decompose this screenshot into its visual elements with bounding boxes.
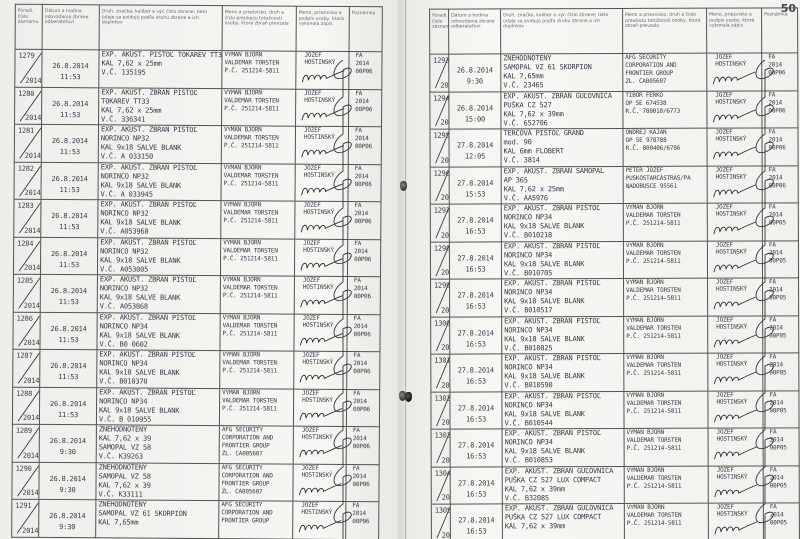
record-number-cell: 12832014 (14, 199, 41, 237)
handover-date-cell: 26.8.20149:30 (449, 54, 501, 92)
recipient-line: FRONTIER GROUP (625, 70, 704, 78)
handover-date-cell: 27.8.201416:53 (450, 391, 502, 429)
note-cell: FA201400P06 (346, 464, 379, 502)
recipient-line: VYMAN BJORN (222, 389, 291, 397)
table-row: 1285201426.8.201411:53EXP. AKUST. ZBRAŇ … (13, 274, 380, 314)
note-line: FA (765, 391, 796, 399)
handover-date-cell: 27.8.201416:53 (449, 204, 501, 242)
weapon-description-cell: EXP. AKUST. ZBRAŇ GUĽOVNICAPUŠKA CZ 527 … (502, 466, 624, 504)
handover-date: 27.8.2014 (458, 479, 494, 487)
recipient-cell: VYMAN BJORNVALDEMAR TORSTENP.Č. 251214-5… (220, 351, 294, 389)
weapon-description-cell: ZNEHODNOTENÝSAMOPAL VZ 61 SKORPIONKAL 7,… (501, 53, 623, 91)
record-year-value: 2014 (23, 376, 39, 385)
weapon-description-line: NORINCO NP34 (504, 363, 621, 372)
column-header-0: Poradi. číslo záznamu (15, 4, 42, 49)
weapon-description-line: KAL 9x18 SALVE BLANK (100, 331, 218, 341)
registrar-signature-cell: JOZEF HOSTINSKÝ (296, 51, 349, 89)
record-number-value: 1280 (18, 89, 34, 98)
left-page-ledger-table: Poradi. číslo záznamuDátum a hodina odov… (11, 4, 383, 539)
handover-time: 16:53 (452, 415, 499, 424)
weapon-description-line: EXP. AKUST. ZBRAŇ PIŠTOĽ (101, 163, 219, 173)
handover-time: 11:53 (43, 260, 95, 269)
table-row: 1288201426.8.201411:53EXP. AKUST. ZBRAŇ … (12, 387, 379, 427)
note-cell: FA201400P05 (763, 353, 799, 391)
weapon-description-line: V.Č. B010853 (505, 456, 622, 465)
registrar-signature-cell: JOZEF HOSTINSKÝ (707, 128, 762, 166)
note-line: FA (765, 166, 796, 174)
recipient-cell: VYMAN BJORNVALDEMAR TORSTENP.Č. 251214-5… (221, 201, 295, 239)
left-rows: 1279201426.8.201411:53EXP. AKUST. PIŠTOĽ… (12, 49, 382, 539)
note-cell: FA201400P06 (762, 128, 798, 166)
registrar-signature-cell: JOZEF HOSTINSKÝ (294, 351, 347, 389)
note-line: FA (349, 390, 377, 398)
handover-time: 11:53 (43, 223, 95, 232)
record-number-cell: 12812014 (14, 124, 41, 162)
weapon-description-cell: EXP. AKUST. ZBRAŇ PIŠTOĽTOKAREV TT33KAL … (99, 87, 222, 125)
registrar-signature-cell: JOZEF HOSTINSKÝ (708, 503, 763, 539)
weapon-description-cell: EXP. AKUST. ZBRAŇ PIŠTOĽNORINCO NP32KAL … (97, 237, 220, 275)
table-row: 1305201427.8.201416:53EXP. AKUST. ZBRAŇ … (431, 503, 799, 539)
weapon-description-line: EXP. AKUST. ZBRAŇ PIŠTOĽ (504, 241, 621, 250)
weapon-description-line: PUŠKA CZ 527 (503, 100, 620, 109)
handover-date: 26.8.2014 (50, 324, 86, 332)
note-line: FA (349, 465, 377, 473)
weapon-description-cell: ZNEHODNOTENÝSAMOPAL VZ 58KAL 7,62 x 39V.… (96, 462, 219, 500)
note-line: FA (766, 466, 797, 474)
handover-time: 9:30 (41, 485, 93, 494)
note-cell: FA201400P06 (762, 165, 798, 203)
table-row: 1300201427.8.201416:53EXP. AKUST. ZBRAŇ … (431, 315, 799, 354)
note-line: 2014 (351, 98, 379, 106)
record-year-value: 2014 (441, 344, 450, 353)
handover-time: 12:05 (452, 152, 499, 161)
note-line: 2014 (765, 399, 796, 407)
handover-date-cell: 26.8.201411:53 (41, 124, 98, 162)
handover-time: 16:53 (452, 377, 499, 386)
record-number-value: 1288 (16, 389, 32, 398)
note-line: 00P05 (766, 519, 797, 527)
note-line: 2014 (764, 99, 795, 107)
weapon-description-line: EXP. AKUST. ZBRAŇ PIŠTOĽ (504, 354, 621, 363)
note-line: 2014 (349, 360, 377, 368)
weapon-description-line: EXP. AKUST. ZBRAŇ PIŠTOĽ (504, 204, 621, 213)
weapon-description-line: ZNEHODNOTENÝ (99, 463, 217, 473)
record-number-cell: 12992014 (431, 279, 450, 317)
registrar-name: JOZEF HOSTINSKÝ (709, 129, 755, 143)
handover-time: 16:53 (452, 302, 499, 311)
record-number: 13042014 (434, 467, 448, 504)
recipient-line: VALDEMAR TORSTEN (627, 474, 706, 482)
note-line: 00P05 (765, 407, 796, 415)
column-header-3: Meno a priezvisko, druh a číslo preukazu… (623, 8, 707, 53)
registrar-signature-cell: JOZEF HOSTINSKÝ (295, 201, 348, 239)
record-year-value: 2014 (442, 456, 451, 465)
record-number-value: 1303 (435, 432, 451, 441)
table-row: 1283201426.8.201411:53EXP. AKUST. ZBRAŇ … (14, 199, 381, 239)
note-cell: FA201400P06 (347, 239, 380, 277)
registrar-signature-cell: JOZEF HOSTINSKÝ (708, 390, 763, 428)
recipient-line: P.Č. 251214-5811 (224, 105, 293, 113)
note-line: 2014 (765, 174, 796, 182)
handover-date: 26.8.2014 (49, 512, 85, 520)
record-number-cell: 12962014 (430, 167, 449, 205)
handover-date-cell: 26.8.201411:53 (40, 349, 97, 387)
record-number-cell: 13042014 (431, 467, 450, 505)
weapon-description-line: NORINCO NP34 (504, 400, 621, 409)
handover-time: 11:53 (44, 148, 96, 157)
note-line: 2014 (764, 61, 795, 69)
weapon-description-line: KAL 7,62 x 39mm (505, 522, 622, 531)
weapon-description-line: NORINCO NP34 (504, 213, 621, 222)
table-row: 1282201426.8.201411:53EXP. AKUST. ZBRAŇ … (14, 162, 381, 202)
table-row: 1286201426.8.201411:53EXP. AKUST. ZBRAŇ … (13, 312, 380, 352)
note-line: 00P05 (766, 444, 797, 452)
recipient-line: PUSKOSTARCÁSTRAS/PA (626, 174, 705, 182)
recipient-cell: PETER JOZEFPUSKOSTARCÁSTRAS/PANADOBUSCE … (623, 166, 707, 204)
recipient-line: VALDEMAR TORSTEN (627, 437, 706, 445)
weapon-description-cell: EXP. AKUST. ZBRAŇ PIŠTOĽNORINCO NP34KAL … (502, 353, 624, 391)
table-row: 1290201426.8.20149:30ZNEHODNOTENÝSAMOPAL… (12, 462, 379, 502)
record-year-value: 2014 (441, 306, 450, 315)
weapon-description-line: V.Č. B010370 (99, 377, 217, 387)
table-row: 1281201426.8.201411:53EXP. AKUST. ZBRAŇ … (14, 124, 381, 164)
handover-date: 27.8.2014 (457, 216, 493, 224)
right-rows: 1293201426.8.20149:30ZNEHODNOTENÝSAMOPAL… (430, 53, 800, 539)
weapon-description-line: KAL 7,65mm (503, 72, 620, 81)
handover-date-cell: 27.8.201416:53 (450, 466, 502, 504)
note-line: 00P06 (765, 182, 796, 190)
note-line: 2014 (349, 473, 377, 481)
note-line: 00P05 (765, 332, 796, 340)
recipient-line: VYMAN BJORN (224, 164, 293, 172)
recipient-line: P.Č. 251214-5811 (626, 220, 705, 228)
registrar-name: JOZEF HOSTINSKÝ (710, 391, 756, 405)
recipient-line: P.Č. 251214-5811 (223, 217, 292, 225)
note-line: 2014 (765, 211, 796, 219)
note-line: 00P06 (350, 256, 378, 264)
weapon-description-line: KAL 9x18 SALVE BLANK (504, 259, 621, 268)
note-line: 00P06 (349, 406, 377, 414)
note-line: 00P06 (764, 107, 795, 115)
recipient-cell: AFG SECURITYCORPORATION ANDFRONTIER GROU… (623, 53, 707, 91)
registrar-signature-cell: JOZEF HOSTINSKÝ (708, 353, 763, 391)
record-year-value: 2014 (23, 451, 39, 460)
recipient-line: VYMAN BJORN (627, 466, 706, 474)
record-number-cell: 12842014 (13, 237, 40, 275)
weapon-description-cell: EXP. AKUST. ZBRAŇ PIŠTOĽNORINCO NP34KAL … (501, 241, 623, 279)
record-number-value: 1295 (433, 132, 449, 141)
record-number: 12812014 (17, 125, 39, 162)
record-year-value: 2014 (23, 414, 39, 423)
weapon-description-cell: EXP. AKUST. ZBRAŇ PIŠTOĽNORINCO NP34KAL … (502, 391, 624, 429)
handover-date: 27.8.2014 (458, 329, 494, 337)
record-number: 12802014 (17, 87, 39, 124)
record-year-value: 2014 (24, 226, 40, 235)
recipient-line: FRONTIER GROUP (221, 480, 290, 488)
recipient-line: VALDEMAR TORSTEN (626, 212, 705, 220)
handover-date: 27.8.2014 (458, 404, 494, 412)
note-cell: FA201400P06 (762, 90, 798, 128)
record-number-cell: 12822014 (14, 162, 41, 200)
note-line: FA (764, 91, 795, 99)
recipient-cell: VYMAN BJORNVALDEMAR TORSTENP.Č. 251214-5… (221, 163, 295, 201)
handover-time: 11:53 (42, 373, 94, 382)
registrar-name: JOZEF HOSTINSKÝ (710, 241, 756, 255)
record-year-value: 2014 (25, 76, 41, 85)
note-cell: FA201400P06 (348, 127, 381, 165)
weapon-description-line: EXP. AKUST. ZBRAŇ PIŠTOĽ (504, 391, 621, 400)
note-line: 2014 (765, 286, 796, 294)
weapon-description-cell: EXP. AKUST. ZBRAŇ GUĽOVNICAPUŠKA CZ 527 … (502, 503, 624, 539)
note-cell: FA201400P06 (762, 53, 798, 91)
handover-date: 27.8.2014 (458, 366, 494, 374)
note-line: 00P05 (765, 219, 796, 227)
note-line: 00P06 (350, 293, 378, 301)
handover-date-cell: 27.8.201416:53 (449, 241, 501, 279)
recipient-line: VALDEMAR TORSTEN (627, 512, 706, 520)
registrar-name: JOZEF HOSTINSKÝ (709, 54, 755, 68)
weapon-description-cell: EXP. AKUST. ZBRAŇ PIŠTOĽNORINCO NP34KAL … (502, 316, 624, 354)
note-cell: FA201400P06 (347, 277, 380, 315)
recipient-line: P.Č. 251214-5811 (222, 367, 291, 375)
table-row: 1289201426.8.20149:30ZNEHODNOTENÝKAL 7,6… (12, 424, 379, 464)
note-line: 2014 (351, 173, 379, 181)
weapon-description-line: PUŠKA CZ 527 LUX COMPACT (505, 475, 622, 484)
handover-date-cell: 26.8.201411:53 (40, 237, 97, 275)
handover-time: 9:30 (42, 448, 94, 457)
recipient-line: AFG SECURITY (222, 464, 291, 472)
recipient-line: P.Č. 251214-5811 (224, 180, 293, 188)
recipient-line: P.Č. 251214-5811 (223, 255, 292, 263)
record-number-cell: 13012014 (431, 354, 450, 392)
recipient-cell: VYMAN BJORNVALDEMAR TORSTENP.Č. 251214-5… (220, 238, 294, 276)
weapon-description-line: NORINCO NP34 (100, 322, 218, 332)
note-line: 2014 (350, 285, 378, 293)
registrar-name: JOZEF HOSTINSKÝ (298, 164, 344, 178)
weapon-description-line: mod. 90 (504, 138, 621, 147)
record-number-cell: 12882014 (12, 387, 39, 425)
recipient-line: ZL. CA005607 (222, 450, 291, 458)
table-row: 1297201427.8.201416:53EXP. AKUST. ZBRAŇ … (430, 203, 798, 242)
weapon-description-line: V.Č. K33111 (98, 490, 216, 500)
recipient-cell: VYMAN BJORNVALDEMAR TORSTENP.Č. 251214-5… (222, 51, 296, 89)
record-year-value: 2014 (22, 489, 38, 498)
record-year-value: 2014 (442, 531, 451, 539)
staple-top (400, 181, 407, 191)
record-number-value: 1299 (434, 282, 450, 291)
note-cell: FA201400P06 (346, 389, 379, 427)
registrar-signature-cell: JOZEF HOSTINSKÝ (708, 428, 763, 466)
weapon-description-line: V.Č. 3814 (504, 156, 621, 165)
note-line: FA (766, 428, 797, 436)
weapon-description-line: TOKAREV TT33 (101, 97, 219, 107)
recipient-line: ZL. CA005607 (221, 488, 290, 496)
note-cell: FA201400P05 (762, 240, 798, 278)
weapon-description-line: KAL 9x18 SALVE BLANK (504, 334, 621, 343)
recipient-line: VALDEMAR TORSTEN (224, 97, 293, 105)
record-year-value: 2014 (25, 114, 41, 123)
weapon-description-line: EXP. AKUST. ZBRAŇ GUĽOVNICA (503, 91, 620, 100)
registrar-signature-cell: JOZEF HOSTINSKÝ (707, 165, 762, 203)
registrar-signature-cell: JOZEF HOSTINSKÝ (293, 464, 346, 502)
note-line: 2014 (351, 60, 379, 68)
registrar-signature-cell: JOZEF HOSTINSKÝ (707, 240, 762, 278)
note-line: 2014 (766, 474, 797, 482)
table-row: 1291201426.8.20149:30ZNEHODNOTENÝSAMOPAL… (12, 499, 379, 539)
note-line: 2014 (348, 510, 376, 518)
table-row: 1296201427.8.201415:53EXP. AKUST. ZBRAŇ … (430, 165, 798, 204)
note-line: FA (764, 53, 795, 61)
handover-date: 27.8.2014 (457, 291, 493, 299)
weapon-description-line: EXP. AKUST. ZBRAŇ PIŠTOĽ (504, 279, 621, 288)
recipient-cell: VYMAN BJORNVALDEMAR TORSTENP.Č. 251214-5… (220, 276, 294, 314)
handover-date-cell: 26.8.20149:30 (39, 462, 96, 500)
note-line: FA (351, 52, 379, 60)
note-cell: FA201400P06 (348, 164, 381, 202)
note-line: FA (349, 427, 377, 435)
table-row: 1279201426.8.201411:53EXP. AKUST. PIŠTOĽ… (15, 49, 382, 89)
handover-date: 26.8.2014 (52, 62, 88, 70)
handover-date: 27.8.2014 (457, 254, 493, 262)
note-line: FA (764, 128, 795, 136)
note-line: 00P05 (765, 369, 796, 377)
weapon-description-line: EXP. AKUST. ZBRAŇ GUĽOVNICA (505, 504, 622, 513)
registrar-signature-cell: JOZEF HOSTINSKÝ (707, 90, 762, 128)
weapon-description-line: KAL 9x18 SALVE BLANK (505, 447, 622, 456)
record-number-value: 1286 (17, 314, 33, 323)
weapon-description-line: SAMOPAL VZ 61 SKORPION (503, 63, 620, 72)
note-line: 00P06 (350, 331, 378, 339)
recipient-line: VALDEMAR TORSTEN (223, 322, 292, 330)
note-line: 2014 (765, 249, 796, 257)
weapon-description-cell: EXP. AKUST. ZBRAŇ PIŠTOĽNORINCO NP32KAL … (98, 125, 221, 163)
handover-time: 16:53 (453, 527, 500, 536)
note-line: FA (351, 127, 379, 135)
weapon-description-line: KAL 7,62 x 39 (98, 481, 216, 491)
registrar-name: JOZEF HOSTINSKÝ (296, 352, 342, 366)
recipient-line: VYMAN BJORN (626, 354, 705, 362)
registrar-signature-cell: JOZEF HOSTINSKÝ (294, 239, 347, 277)
recipient-cell: AFG SECURITYCORPORATION ANDFRONTIER GROU… (219, 463, 293, 501)
handover-date: 26.8.2014 (51, 287, 87, 295)
weapon-description-line: V.Č. B010825 (504, 343, 621, 352)
registrar-name: JOZEF HOSTINSKÝ (711, 504, 757, 518)
recipient-cell: VYMAN BJORNVALDEMAR TORSTENP.Č. 251214-5… (219, 388, 293, 426)
note-line: 2014 (349, 398, 377, 406)
record-number: 13002014 (433, 317, 447, 354)
record-number: 12842014 (16, 237, 38, 274)
recipient-line: VYMAN BJORN (626, 204, 705, 212)
record-number-value: 1300 (434, 319, 450, 328)
table-row: 1295201427.8.201412:05TERČOVÁ PIŠTOĽ GRA… (430, 128, 798, 167)
weapon-description-line: V.Č. 652706 (503, 118, 620, 127)
registrar-name: JOZEF HOSTINSKÝ (295, 502, 341, 516)
note-line: 2014 (766, 511, 797, 519)
handover-time: 11:53 (44, 185, 96, 194)
record-number: 12902014 (14, 462, 36, 499)
handover-time: 16:53 (453, 452, 500, 461)
note-line: 00P06 (348, 481, 376, 489)
record-year-value: 2014 (24, 264, 40, 273)
record-number: 12932014 (432, 55, 446, 92)
weapon-description-line: KAL 7,65mm (98, 518, 216, 528)
weapon-description-line: V.Č. B010517 (504, 306, 621, 315)
note-line: 00P05 (766, 482, 797, 490)
handover-time: 11:53 (42, 410, 94, 419)
handover-date: 26.8.2014 (50, 437, 86, 445)
weapon-description-line: EXP. AKUST. ZBRAŇ PIŠTOĽ (100, 313, 218, 323)
weapon-description-cell: EXP. AKUST. ZBRAŇ PIŠTOĽNORINCO NP34KAL … (96, 387, 219, 425)
handover-time: 11:53 (44, 110, 96, 119)
record-year-value: 2014 (441, 381, 450, 390)
recipient-line: P.Č. 251214-5811 (224, 142, 293, 150)
note-line: 00P06 (350, 218, 378, 226)
record-number-value: 1283 (17, 202, 33, 211)
table-row: 1303201427.8.201416:53EXP. AKUST. ZBRAŇ … (431, 428, 799, 467)
record-year-value: 2014 (441, 269, 450, 278)
handover-date-cell: 26.8.201411:53 (42, 49, 99, 87)
note-line: 2014 (350, 323, 378, 331)
recipient-line: VYMAN BJORN (223, 314, 292, 322)
registrar-signature-cell: JOZEF HOSTINSKÝ (707, 203, 762, 241)
record-number-value: 1282 (18, 164, 34, 173)
registrar-signature-cell: JOZEF HOSTINSKÝ (293, 426, 346, 464)
handover-date: 26.8.2014 (52, 99, 88, 107)
weapon-description-cell: EXP. AKUST. PIŠTOĽ TOKAREV TT33KAL 7,62 … (99, 50, 222, 88)
recipient-line: P.Č. 251214-5811 (224, 67, 293, 75)
weapon-description-line: KAL 6mm FLOBERT (504, 147, 621, 156)
recipient-cell: VYMAN BJORNVALDEMAR TORSTENP.Č. 251214-5… (623, 241, 707, 279)
registrar-name: JOZEF HOSTINSKÝ (297, 202, 343, 216)
note-cell: FA201400P06 (346, 427, 379, 465)
registrar-name: JOZEF HOSTINSKÝ (297, 314, 343, 328)
registrar-name: JOZEF HOSTINSKÝ (296, 464, 342, 478)
registrar-name: JOZEF HOSTINSKÝ (296, 389, 342, 403)
recipient-line: VALDEMAR TORSTEN (626, 249, 705, 257)
weapon-description-line: KAL 9x18 SALVE BLANK (504, 297, 621, 306)
note-cell: FA201400P05 (763, 503, 799, 539)
registrar-name: JOZEF HOSTINSKÝ (710, 316, 756, 330)
weapon-description-cell: EXP. AKUST. ZBRAŇ PIŠTOĽNORINCO NP32KAL … (97, 275, 220, 313)
weapon-description-cell: EXP. AKUST. ZBRAŇ PIŠTOĽNORINCO NP32KAL … (98, 162, 221, 200)
weapon-description-line: AP 365 (504, 175, 621, 184)
weapon-description-line: ZNEHODNOTENÝ (503, 54, 620, 63)
handover-date: 26.8.2014 (457, 104, 493, 112)
record-number-cell: 12852014 (13, 274, 40, 312)
note-line: 00P05 (765, 294, 796, 302)
record-number: 12942014 (432, 92, 446, 129)
registrar-name: JOZEF HOSTINSKÝ (710, 354, 756, 368)
record-number-cell: 12972014 (430, 204, 449, 242)
weapon-description-line: KAL 7,62 x 25mm (101, 106, 219, 116)
weapon-description-line: V.Č. B010544 (505, 418, 622, 427)
table-row: 1298201427.8.201416:53EXP. AKUST. ZBRAŇ … (430, 240, 798, 279)
weapon-description-line: V.Č. B010590 (504, 381, 621, 390)
table-row: 1299201427.8.201416:53EXP. AKUST. ZBRAŇ … (431, 278, 799, 317)
handover-time: 16:53 (453, 490, 500, 499)
record-number-cell: 12872014 (13, 349, 40, 387)
registrar-signature-cell: JOZEF HOSTINSKÝ (293, 501, 346, 539)
record-number: 12872014 (15, 350, 37, 387)
note-cell: FA201400P05 (763, 390, 799, 428)
record-number-value: 1279 (18, 52, 34, 61)
record-number-value: 1302 (434, 394, 450, 403)
handover-date-cell: 26.8.201411:53 (39, 387, 96, 425)
registrar-signature-cell: JOZEF HOSTINSKÝ (295, 164, 348, 202)
record-number-cell: 12932014 (430, 54, 449, 92)
weapon-description-line: EXP. AKUST. ZBRAŇ PIŠTOĽ (99, 388, 217, 398)
note-line: 2014 (349, 435, 377, 443)
